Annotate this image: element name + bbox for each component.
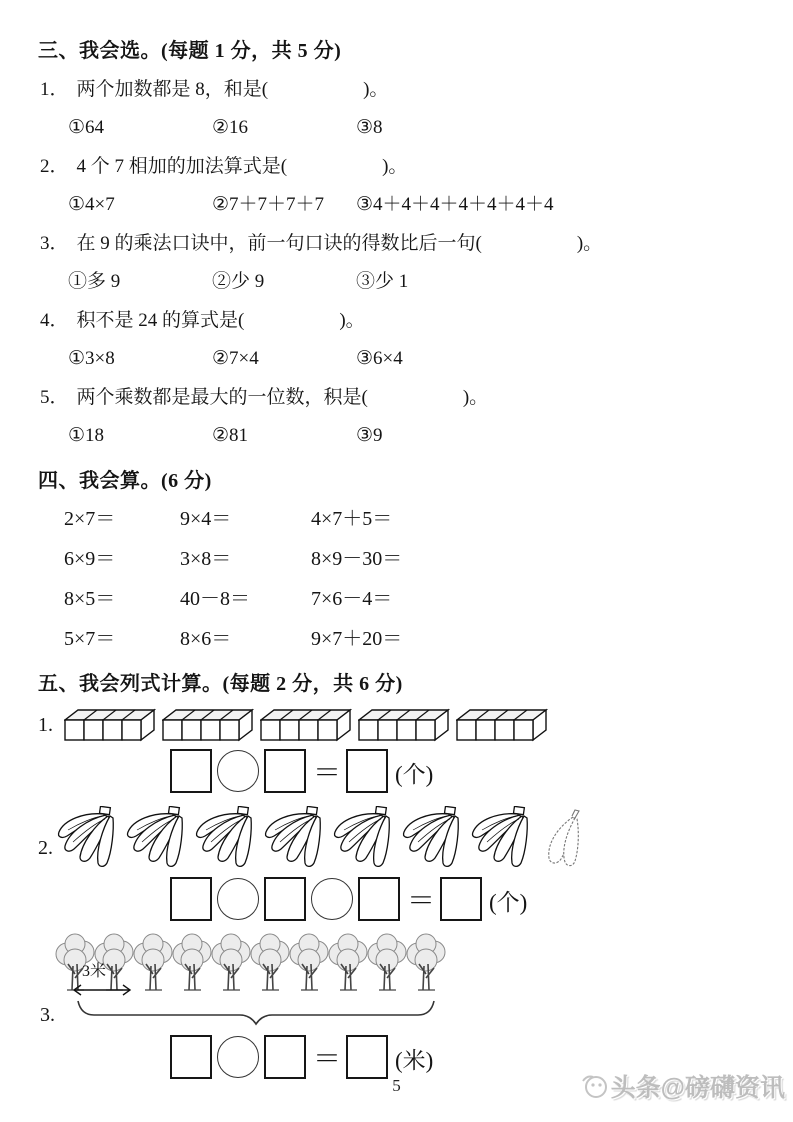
section5-title: 五、我会列式计算。(每题 2 分，共 6 分) (38, 667, 767, 696)
item-number: 1. (38, 714, 64, 737)
answer-box (358, 877, 400, 921)
tree-illustration (54, 932, 96, 996)
tree-illustration (93, 932, 135, 996)
banana-bunch-illustration (125, 806, 191, 870)
item-number: 2. (38, 837, 56, 860)
under-brace (76, 998, 767, 1026)
calc-problem: 8×5＝ (64, 588, 180, 611)
calc-problem: 8×6＝ (180, 628, 311, 651)
tree-row: 3米 (54, 932, 767, 996)
options-row: ①3×8 ②7×4 ③6×4 (68, 346, 767, 371)
option-2: ②81 (212, 423, 356, 448)
watermark-text: 头条@磅礴资讯 (611, 1068, 785, 1104)
question-number: 2． (40, 156, 69, 177)
question-text: 积不是 24 的算式是( )。 (77, 310, 365, 331)
question-3: 3．在 9 的乘法口诀中，前一句口诀的得数比后一句( )。 ①多 9 ②少 9 … (38, 231, 767, 294)
answer-box (346, 1035, 388, 1079)
option-3: ③少 1 (356, 269, 500, 294)
unit-label: (米) (395, 1042, 433, 1080)
tree-illustration (249, 932, 291, 996)
answer-box (264, 877, 306, 921)
calc-problem: 6×9＝ (64, 548, 180, 571)
watermark-face-icon (579, 1071, 609, 1101)
calc-problem: 5×7＝ (64, 628, 180, 651)
cube-bar-illustration (456, 708, 548, 742)
equation-2: ＝ (个) (170, 876, 767, 922)
option-3: ③8 (356, 115, 500, 140)
banana-bunch-illustration (194, 806, 260, 870)
section3-title: 三、我会选。(每题 1 分，共 5 分) (38, 34, 767, 63)
cube-bar-illustration (260, 708, 352, 742)
option-1: ①18 (68, 423, 212, 448)
option-3: ③6×4 (356, 346, 500, 371)
equals-sign: ＝ (313, 751, 341, 791)
question-5: 5．两个乘数都是最大的一位数，积是( )。 ①18 ②81 ③9 (38, 385, 767, 448)
calc-problem: 3×8＝ (180, 548, 311, 571)
banana-bunch-illustration (470, 806, 536, 870)
option-3: ③9 (356, 423, 500, 448)
question-4: 4．积不是 24 的算式是( )。 ①3×8 ②7×4 ③6×4 (38, 308, 767, 371)
item-number: 3. (40, 1004, 66, 1027)
answer-box (170, 1035, 212, 1079)
option-1: ①4×7 (68, 192, 212, 217)
item-1-cubes: 1. (38, 708, 767, 742)
calc-problem: 9×7＋20＝ (311, 628, 767, 651)
question-text: 两个乘数都是最大的一位数，积是( )。 (77, 387, 489, 408)
item-2-bananas: 2. (38, 806, 767, 870)
question-text: 两个加数都是 8，和是( )。 (77, 79, 389, 100)
question-number: 1． (40, 79, 69, 100)
unit-label: (个) (395, 756, 433, 794)
calc-problem: 40－8＝ (180, 588, 311, 611)
question-text: 在 9 的乘法口诀中，前一句口诀的得数比后一句( )。 (77, 233, 603, 254)
question-number: 4． (40, 310, 69, 331)
banana-bunches (56, 806, 585, 870)
section4-title: 四、我会算。(6 分) (38, 464, 767, 493)
calculation-grid: 2×7＝ 9×4＝ 4×7＋5＝ 6×9＝ 3×8＝ 8×9－30＝ 8×5＝ … (64, 508, 767, 651)
watermark: 头条@磅礴资讯 (579, 1068, 785, 1104)
operator-circle (311, 878, 353, 920)
tree-illustration (171, 932, 213, 996)
calc-problem: 8×9－30＝ (311, 548, 767, 571)
banana-bunch-illustration (332, 806, 398, 870)
calc-problem: 9×4＝ (180, 508, 311, 531)
calc-problem: 2×7＝ (64, 508, 180, 531)
tree-illustration (132, 932, 174, 996)
banana-bunch-illustration (401, 806, 467, 870)
options-row: ①4×7 ②7＋7＋7＋7 ③4＋4＋4＋4＋4＋4＋4 (68, 192, 767, 217)
tree-illustration (210, 932, 252, 996)
question-2: 2．4 个 7 相加的加法算式是( )。 ①4×7 ②7＋7＋7＋7 ③4＋4＋… (38, 154, 767, 217)
question-1: 1．两个加数都是 8，和是( )。 ①64 ②16 ③8 (38, 77, 767, 140)
operator-circle (217, 878, 259, 920)
operator-circle (217, 750, 259, 792)
option-2: ②少 9 (212, 269, 356, 294)
calc-problem: 7×6－4＝ (311, 588, 767, 611)
loose-bananas-illustration (539, 808, 585, 870)
question-text: 4 个 7 相加的加法算式是( )。 (77, 156, 408, 177)
tree-illustration (405, 932, 447, 996)
options-row: ①多 9 ②少 9 ③少 1 (68, 269, 767, 294)
option-2: ②7＋7＋7＋7 (212, 192, 356, 217)
answer-box (264, 1035, 306, 1079)
cube-groups (64, 708, 548, 742)
banana-bunch-illustration (56, 806, 122, 870)
unit-label: (个) (489, 884, 527, 922)
option-2: ②16 (212, 115, 356, 140)
option-3: ③4＋4＋4＋4＋4＋4＋4 (356, 192, 560, 217)
operator-circle (217, 1036, 259, 1078)
calc-problem: 4×7＋5＝ (311, 508, 767, 531)
option-2: ②7×4 (212, 346, 356, 371)
option-1: ①3×8 (68, 346, 212, 371)
answer-box (170, 749, 212, 793)
tree-illustration (288, 932, 330, 996)
answer-box (264, 749, 306, 793)
option-1: ①多 9 (68, 269, 212, 294)
tree-illustration (366, 932, 408, 996)
question-number: 5． (40, 387, 69, 408)
tree-illustration (327, 932, 369, 996)
question-number: 3． (40, 233, 69, 254)
equals-sign: ＝ (407, 879, 435, 919)
options-row: ①64 ②16 ③8 (68, 115, 767, 140)
option-1: ①64 (68, 115, 212, 140)
equals-sign: ＝ (313, 1037, 341, 1077)
item-3-trees: 3. 3米 ＝ (米) (38, 932, 767, 1082)
equation-1: ＝ (个) (170, 748, 767, 794)
answer-box (170, 877, 212, 921)
worksheet-page: 三、我会选。(每题 1 分，共 5 分) 1．两个加数都是 8，和是( )。 ①… (0, 0, 793, 1082)
answer-box (346, 749, 388, 793)
answer-box (440, 877, 482, 921)
options-row: ①18 ②81 ③9 (68, 423, 767, 448)
cube-bar-illustration (64, 708, 156, 742)
cube-bar-illustration (358, 708, 450, 742)
cube-bar-illustration (162, 708, 254, 742)
banana-bunch-illustration (263, 806, 329, 870)
